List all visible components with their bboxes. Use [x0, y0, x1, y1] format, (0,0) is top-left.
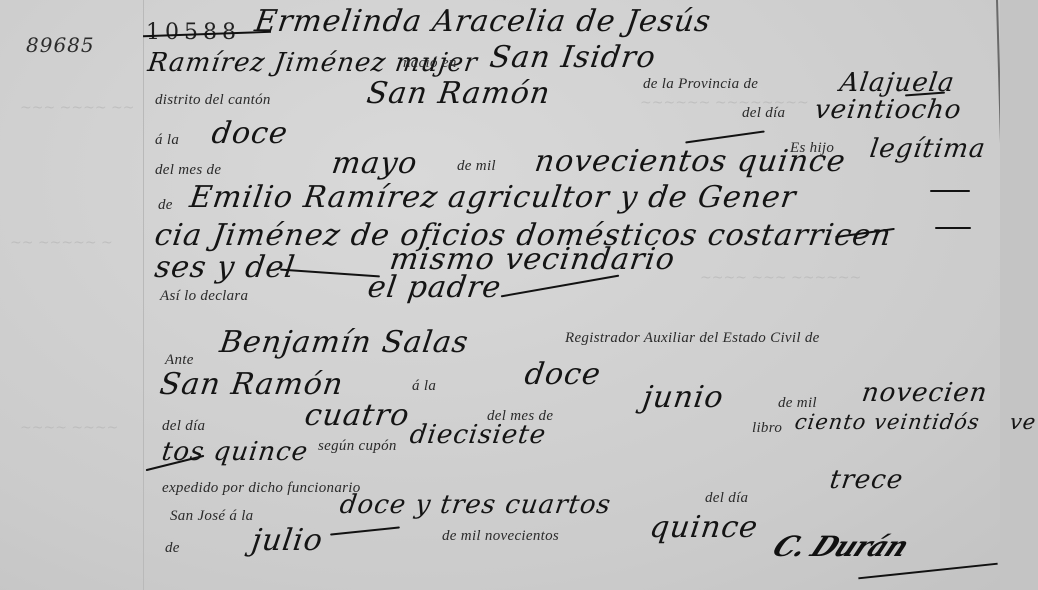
pf-de-final: de: [165, 540, 180, 557]
hw-sj-month: julio: [250, 523, 326, 558]
registry-number: 89685: [26, 33, 95, 57]
hw-declarant: el padre: [366, 270, 504, 305]
signature-underline: [858, 563, 997, 580]
pf-provincia: de la Provincia de: [643, 76, 758, 93]
flourish-line: [330, 526, 400, 535]
hw-sj-year: quince: [648, 510, 761, 545]
pf-a-la-2: á la: [412, 378, 436, 395]
bleed-through: ~~ ~~~~~ ~: [10, 235, 113, 251]
pf-distrito-canton: distrito del cantón: [155, 92, 271, 109]
hw-coupon-number: diecisiete: [408, 420, 548, 450]
adjacent-page-edge: [1000, 0, 1038, 590]
hw-reg-year-2: tos quince: [160, 437, 310, 467]
hw-father: Emilio Ramírez agricultor y de Gener: [188, 180, 799, 215]
hw-sj-day: trece: [828, 465, 905, 495]
hw-district: San Isidro: [488, 40, 659, 75]
pf-del-dia-2: del día: [162, 418, 205, 435]
hw-canton: San Ramón: [365, 76, 553, 111]
hw-reg-year-1: novecien: [860, 378, 990, 408]
pf-segun-cupon: según cupón: [318, 438, 397, 455]
hw-registrar: Benjamín Salas: [218, 325, 471, 360]
hw-reg-hour: doce: [523, 357, 604, 392]
registrar-signature: C. Durán: [767, 530, 914, 563]
hw-registrar-place: San Ramón: [158, 367, 346, 402]
flourish-line: [935, 227, 971, 229]
flourish-line: [930, 190, 970, 192]
pf-del-dia: del día: [742, 105, 785, 122]
hw-reg-day: cuatro: [303, 398, 412, 433]
flourish-line: [501, 275, 620, 298]
bleed-through: ~~~~ ~~~ ~~~~~~: [700, 270, 861, 286]
hw-birth-month: mayo: [330, 146, 420, 181]
hw-book-tail: ve: [1008, 410, 1038, 434]
flourish-line: [280, 269, 380, 278]
pf-del-dia-3: del día: [705, 490, 748, 507]
flourish-line: [685, 130, 764, 143]
hw-birth-day: veintiocho: [813, 95, 964, 125]
pf-de-mil: de mil: [457, 158, 496, 175]
pf-es-hijo: Es hijo: [790, 140, 834, 157]
document-page: ~~~ ~~~~ ~~ ~~ ~~~~~ ~ ~~~~ ~~~~ ~~~~~~ …: [0, 0, 1038, 590]
pf-asi-declara: Así lo declara: [160, 288, 248, 305]
hw-child-name: Ermelinda Aracelia de Jesús: [253, 4, 714, 39]
pf-expedido: expedido por dicho funcionario: [162, 480, 361, 497]
hw-legitimacy: legítima: [868, 134, 988, 164]
pf-de-mil-novecientos: de mil novecientos: [442, 528, 559, 545]
pf-san-jose: San José á la: [170, 508, 253, 525]
pf-a-la: á la: [155, 132, 179, 149]
pf-del-mes: del mes de: [155, 162, 221, 179]
pf-de: de: [158, 197, 173, 214]
pf-nacio-en: nació en: [403, 55, 457, 72]
pf-registrador: Registrador Auxiliar del Estado Civil de: [565, 330, 820, 347]
hw-birth-hour: doce: [210, 116, 291, 151]
bleed-through: ~~~ ~~~~ ~~: [20, 100, 134, 116]
hw-reg-month: junio: [641, 380, 727, 415]
margin-rule: [143, 0, 144, 590]
hw-sj-hour: doce y tres cuartos: [338, 490, 613, 520]
hw-residence-1: ses y del: [153, 250, 298, 285]
bleed-through: ~~~~ ~~~~: [20, 420, 118, 436]
pf-libro: libro: [752, 420, 782, 437]
hw-book: ciento veintidós: [793, 410, 981, 434]
